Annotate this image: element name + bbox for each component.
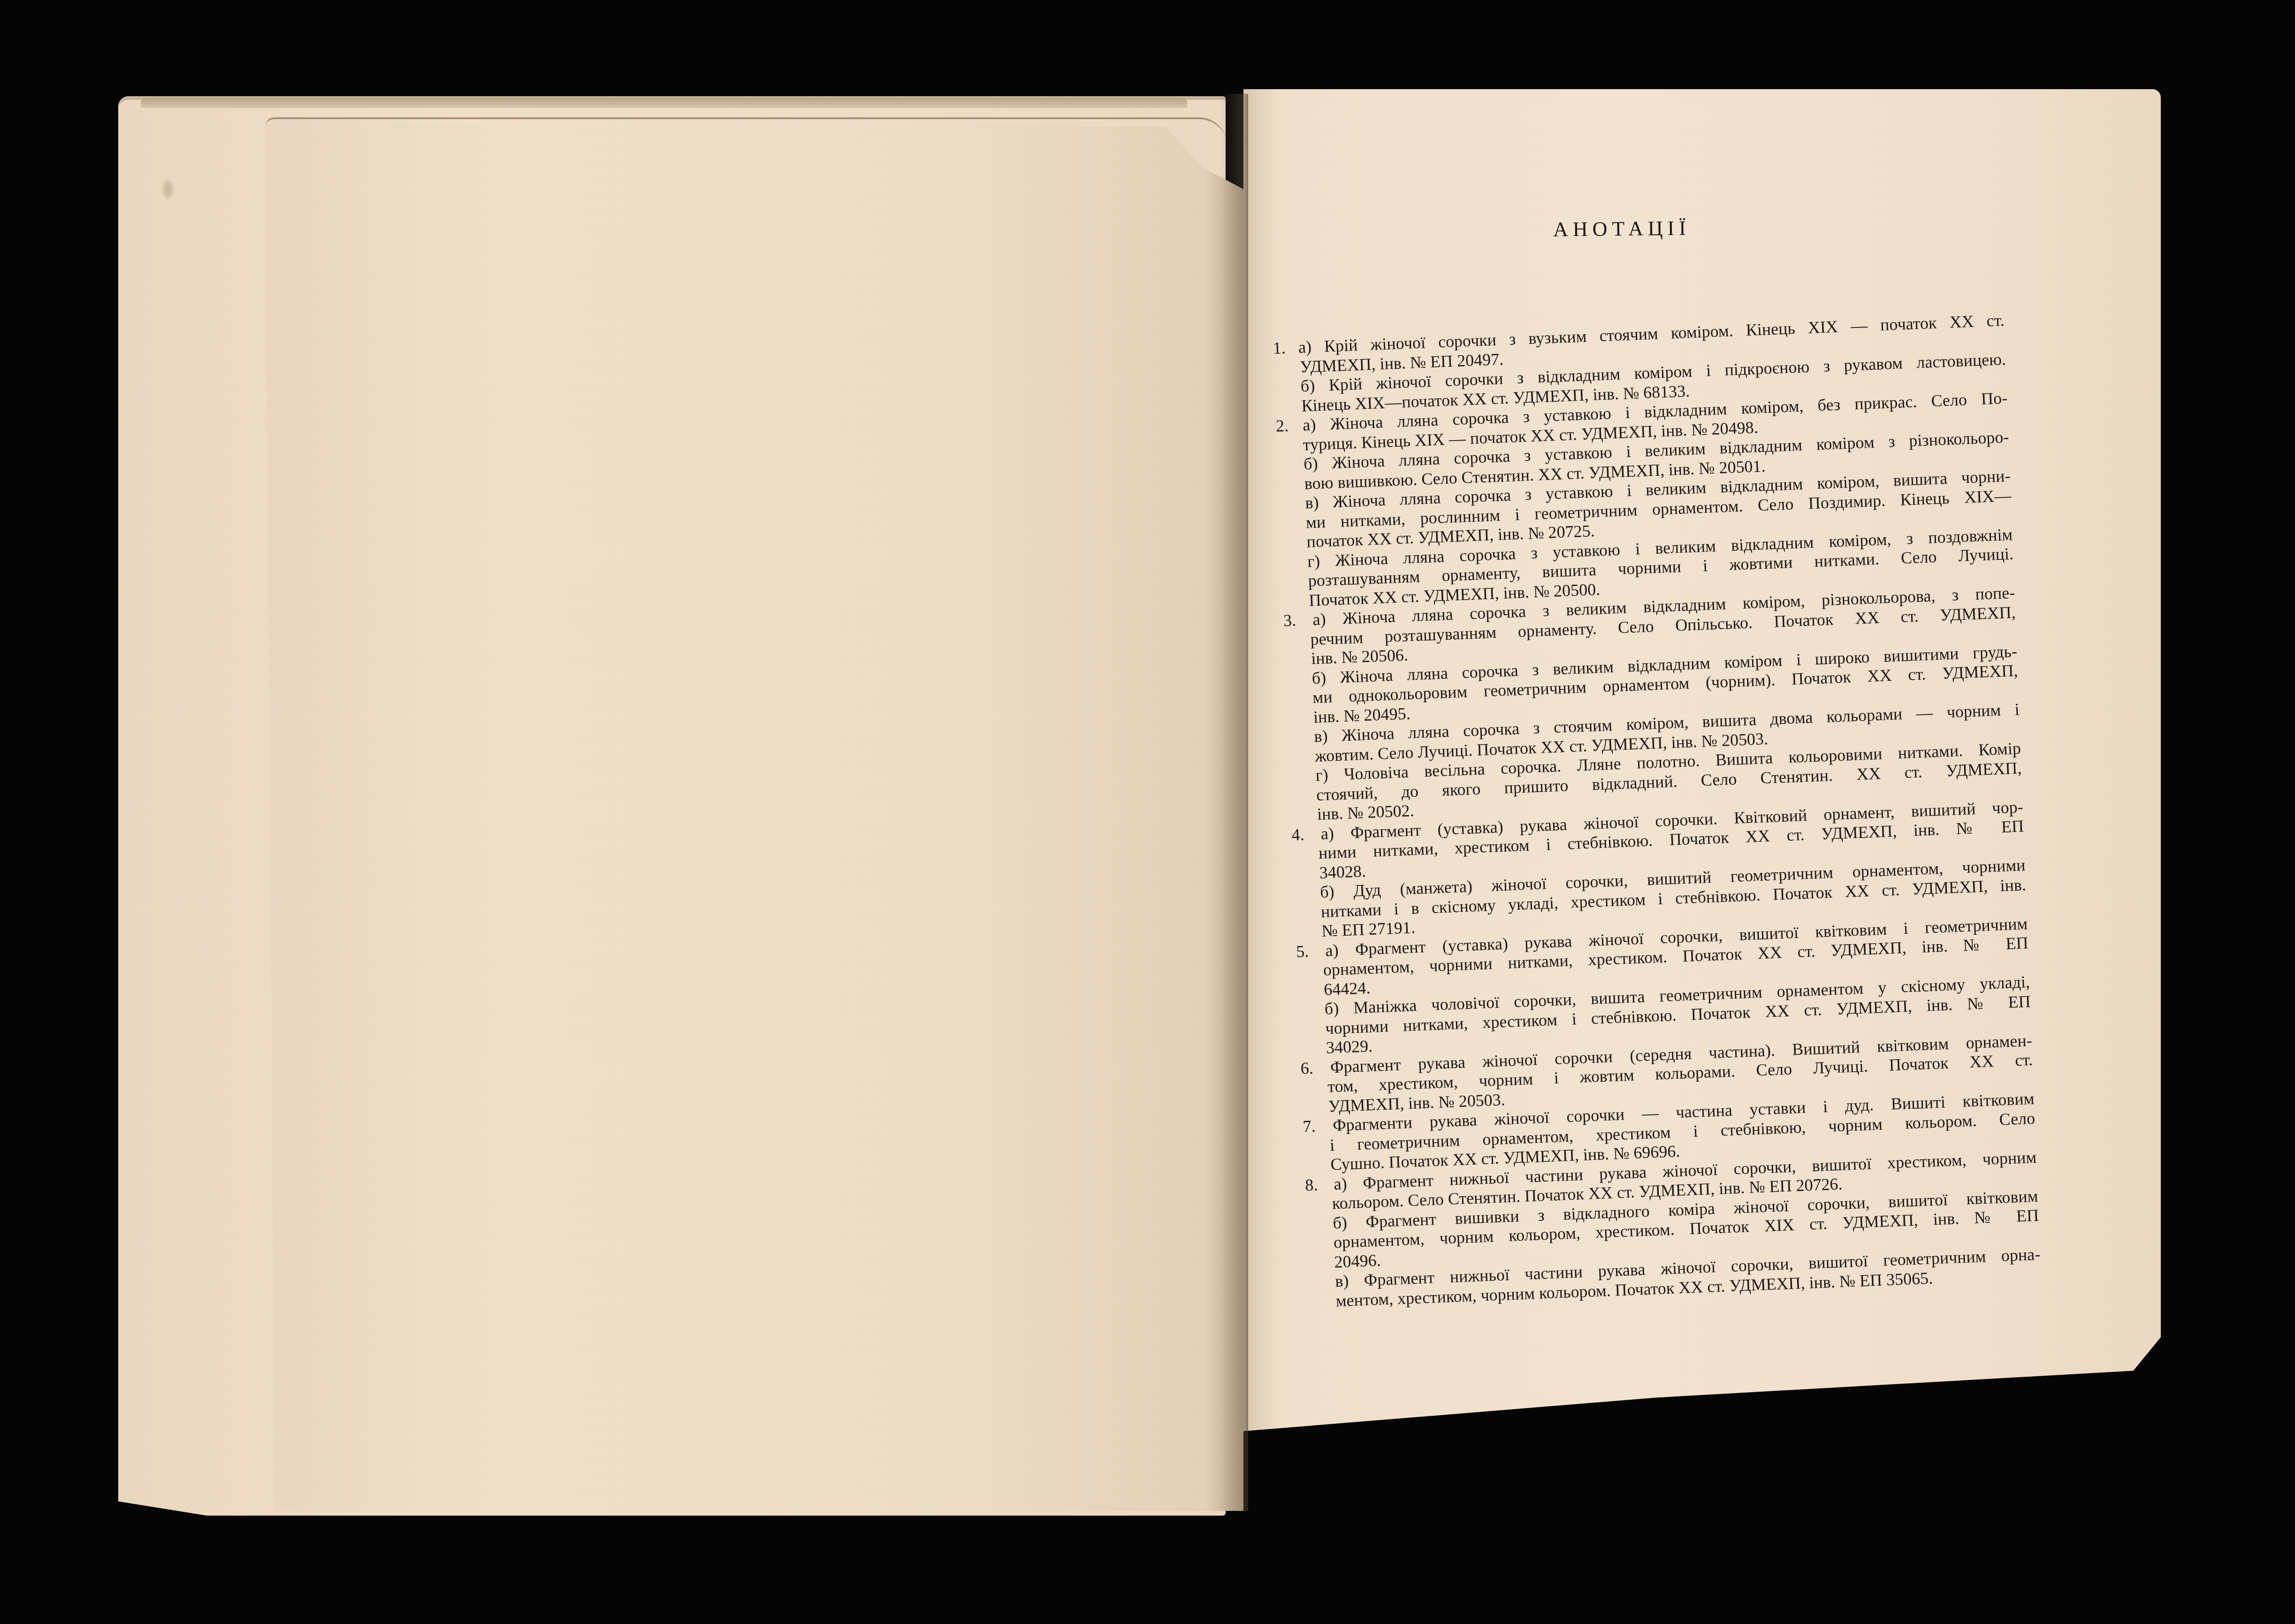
paper-stain: [162, 178, 174, 200]
book-spine-gutter: [1220, 94, 1248, 1511]
blank-left-page[interactable]: [265, 120, 1243, 1511]
page-title: АНОТАЦІЇ: [1553, 216, 1691, 241]
left-page-top-edge: [265, 117, 1227, 147]
page-stack-edge: [141, 98, 1187, 108]
annotations-list: 1. а) Крій жіночої сорочки з вузьким сто…: [1273, 311, 2042, 1311]
